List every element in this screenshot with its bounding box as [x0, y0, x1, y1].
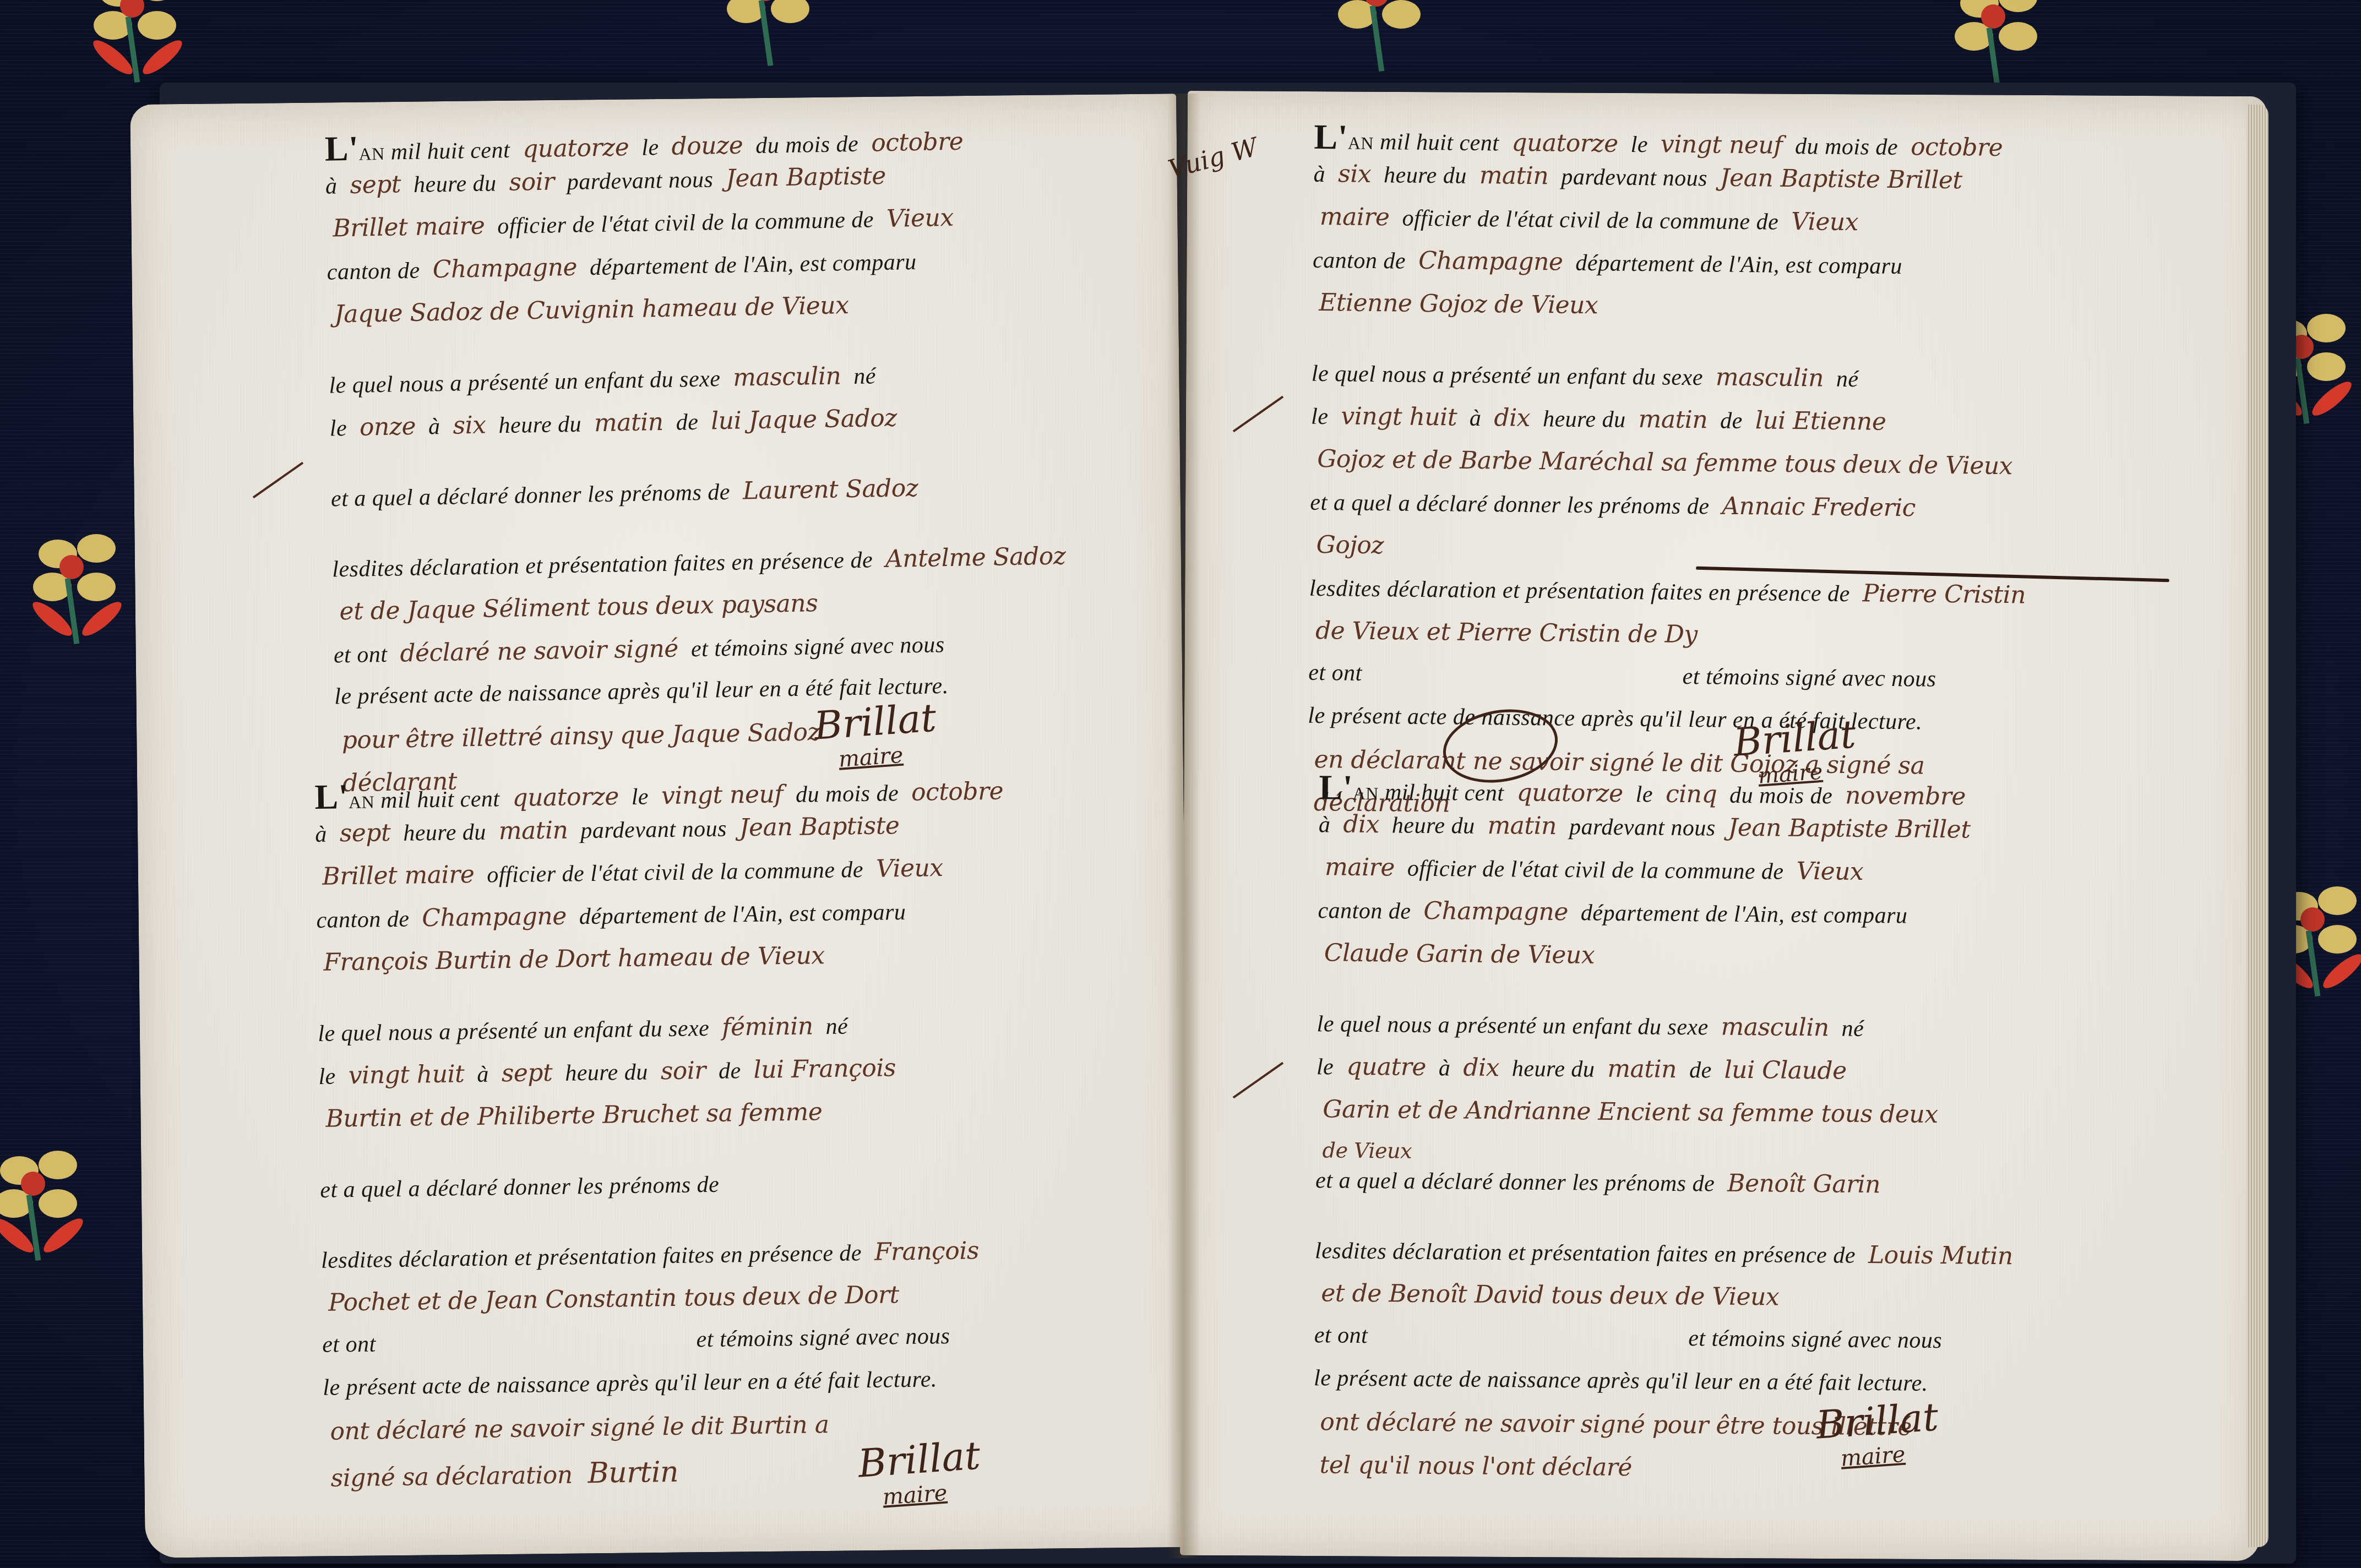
handwritten-parents: lui François — [747, 1054, 902, 1084]
printed-text: le — [1630, 132, 1648, 157]
printed-text: lesdites déclaration et présentation fai… — [321, 1240, 862, 1273]
printed-text: le quel — [1312, 361, 1376, 387]
printed-text: heure du — [1384, 162, 1467, 189]
handwritten-birth-period: matin — [587, 408, 670, 438]
birth-act-left-1: L'AN mil huit cent quatorze le douze du … — [324, 113, 1195, 812]
printed-text: à — [1319, 812, 1331, 837]
handwritten-given-names — [719, 1169, 733, 1197]
printed-text: né — [1841, 1016, 1864, 1042]
printed-text: né — [1836, 367, 1859, 392]
printed-text: lesdites déclaration et présentation fai… — [1315, 1238, 1856, 1268]
handwritten-birth-day: vingt huit — [341, 1060, 471, 1090]
printed-text: AN — [349, 792, 375, 812]
handwritten-parents: lui Claude — [1717, 1056, 1853, 1085]
handwritten-officer: Brillet maire — [315, 861, 481, 891]
printed-text: et témoins signé avec nous — [690, 632, 945, 662]
embroidered-flower-decoration — [0, 1134, 99, 1277]
printed-text: département de l'Ain, est comparu — [1581, 900, 1908, 928]
printed-text: et ont — [1308, 660, 1362, 686]
handwritten-witnesses: Louis Mutin — [1862, 1241, 2020, 1270]
handwritten-hour: sept — [333, 819, 397, 848]
printed-text: a déclaré donner les prénoms de — [1403, 1169, 1715, 1197]
printed-text: canton de — [316, 907, 410, 933]
handwritten-birth-hour: dix — [1456, 1053, 1506, 1082]
handwritten-sex: féminin — [715, 1012, 820, 1042]
handwritten-witnesses: de Vieux et Pierre Cristin de Dy — [1309, 617, 1704, 649]
printed-text: heure du — [1543, 406, 1626, 433]
printed-text: lesdites déclaration et présentation fai… — [1309, 576, 1850, 607]
printed-text: le — [1311, 404, 1329, 429]
handwritten-birth-hour: sept — [494, 1059, 559, 1088]
handwritten-given-names: Gojoz — [1309, 531, 1390, 560]
handwritten-year: quatorze — [505, 782, 625, 812]
handwritten-canton: Champagne — [426, 253, 584, 284]
embroidered-flower-decoration — [17, 518, 138, 661]
handwritten-canton: Champagne — [1417, 897, 1575, 926]
printed-text: de — [1689, 1058, 1712, 1083]
mayor-signature: Brillat maire — [1815, 1394, 1941, 1473]
printed-text: AN — [1348, 133, 1374, 153]
signature-name: Brillat — [813, 695, 938, 748]
handwritten-officer: maire — [1318, 853, 1401, 881]
birth-act-right-2: L'AN mil huit cent quatorze le cinq du m… — [1313, 767, 2178, 1501]
printed-text: canton de — [1318, 898, 1411, 924]
handwritten-day: vingt neuf — [1654, 130, 1789, 160]
handwritten-officer: Jean Baptiste — [733, 812, 906, 842]
printed-text: heure du — [565, 1060, 648, 1086]
printed-text: et témoins signé avec nous — [1682, 664, 1936, 692]
handwritten-day: cinq — [1659, 780, 1724, 809]
handwritten-day: douze — [665, 131, 750, 161]
printed-text: du mois de — [1729, 783, 1832, 809]
printed-text: et a quel — [331, 485, 414, 512]
handwritten-birth-period: soir — [654, 1057, 712, 1085]
printed-text: officier de l'état civil de la commune d… — [1402, 206, 1778, 235]
printed-text: à — [1439, 1055, 1451, 1081]
handwritten-parents: de Vieux — [1316, 1138, 1419, 1163]
handwritten-given-names: Annaic Frederic — [1715, 492, 1922, 522]
printed-text: heure du — [1512, 1056, 1595, 1082]
printed-text: mil huit cent — [1380, 129, 1499, 156]
handwritten-month: novembre — [1838, 781, 1972, 810]
handwritten-birth-period: matin — [1601, 1055, 1683, 1084]
printed-text: lesdites déclaration et présentation fai… — [332, 547, 873, 582]
handwritten-birth-day: quatre — [1340, 1053, 1433, 1081]
printed-text: et ont — [1314, 1322, 1368, 1348]
printed-text: nous a présenté un enfant du sexe — [1381, 362, 1703, 390]
printed-text: et ont — [322, 1331, 376, 1357]
printed-text: le quel — [1317, 1011, 1381, 1037]
handwritten-officer: Jean Baptiste Brillet — [1713, 164, 1969, 194]
handwritten-period: matin — [1481, 812, 1563, 840]
printed-text: heure du — [403, 820, 486, 846]
printed-text: officier de l'état civil de la commune d… — [497, 207, 874, 239]
printed-text: département de l'Ain, est comparu — [590, 249, 917, 280]
printed-initial: L' — [314, 777, 349, 816]
handwritten-canton: Champagne — [415, 902, 573, 932]
printed-text: officier de l'état civil de la commune d… — [1407, 856, 1784, 885]
mayor-signature: Brillat maire — [857, 1433, 983, 1511]
handwritten-sex: masculin — [726, 362, 848, 392]
handwritten-hour: sept — [343, 170, 407, 199]
handwritten-note: déclaré ne savoir signé — [393, 634, 685, 667]
handwritten-sex: masculin — [1714, 1013, 1835, 1042]
printed-text: pardevant nous — [1569, 814, 1716, 841]
handwritten-birth-day: onze — [353, 412, 423, 442]
printed-text: pardevant nous — [567, 167, 713, 195]
printed-initial: L' — [324, 129, 359, 168]
handwritten-period: soir — [502, 167, 561, 197]
printed-text: le quel — [318, 1020, 382, 1047]
printed-text: le — [1316, 1054, 1334, 1080]
printed-text: de — [1720, 409, 1743, 434]
handwritten-declarant: Claude Garin de Vieux — [1318, 939, 1602, 969]
printed-text: de — [676, 410, 698, 435]
printed-text: mil huit cent — [1385, 780, 1504, 806]
printed-text: a déclaré donner les prénoms de — [419, 480, 731, 510]
handwritten-birth-hour: six — [446, 411, 493, 439]
handwritten-witnesses: et de Benoît David tous deux de Vieux — [1314, 1279, 1786, 1311]
handwritten-declarant: Etienne Gojoz de Vieux — [1312, 288, 1605, 320]
printed-initial: L' — [1314, 117, 1348, 157]
handwritten-officer: Brillet maire — [326, 211, 492, 242]
handwritten-commune: Vieux — [1785, 208, 1865, 237]
handwritten-birth-hour: dix — [1487, 404, 1537, 432]
embroidered-flower-decoration — [1321, 0, 1443, 88]
handwritten-sex: masculin — [1709, 363, 1831, 392]
handwritten-birth-period: matin — [1631, 405, 1714, 434]
printed-text: nous a présenté un enfant du sexe — [1387, 1012, 1709, 1040]
handwritten-parents: Garin et de Andrianne Encient sa femme t… — [1316, 1095, 1945, 1129]
printed-text: à — [1470, 406, 1482, 431]
printed-text: à — [1313, 162, 1325, 187]
handwritten-parents: lui Jaque Sadoz — [704, 404, 904, 435]
witness-signature: Burtin — [581, 1456, 685, 1490]
handwritten-witnesses: François — [868, 1237, 986, 1266]
signature-name: Brillat — [857, 1433, 982, 1486]
printed-text: le présent acte de naissance après qu'il… — [1314, 1365, 1928, 1396]
printed-text: mil huit cent — [380, 786, 500, 813]
printed-text: né — [853, 363, 876, 389]
signature-name: Brillat — [1815, 1394, 1940, 1447]
handwritten-month: octobre — [864, 127, 970, 157]
birth-act-left-2: L'AN mil huit cent quatorze le vingt neu… — [314, 765, 1183, 1504]
page-edges — [2246, 105, 2268, 1547]
handwritten-commune: Vieux — [869, 854, 950, 883]
handwritten-parents: lui Etienne — [1749, 406, 1893, 436]
printed-text: du mois de — [796, 781, 899, 808]
printed-text: et a quel — [320, 1177, 402, 1203]
handwritten-period: matin — [1473, 161, 1555, 190]
mayor-signature: Brillat maire — [813, 695, 939, 774]
printed-text: et ont — [334, 642, 388, 668]
printed-text: canton de — [1313, 248, 1406, 274]
printed-text: nous a présenté un enfant du sexe — [399, 366, 721, 397]
handwritten-commune: Vieux — [880, 204, 961, 233]
handwritten-witnesses: Antelme Sadoz — [879, 542, 1073, 573]
printed-text: né — [825, 1014, 848, 1039]
handwritten-witnesses: Pierre Cristin — [1856, 579, 2032, 609]
printed-text: mil huit cent — [390, 138, 510, 165]
printed-text: à — [315, 822, 327, 847]
handwritten-given-names: Laurent Sadoz — [736, 474, 924, 505]
handwritten-closing-note: tel qu'il nous l'ont déclaré — [1313, 1451, 1639, 1482]
handwritten-year: quatorze — [516, 133, 636, 164]
signature-name: Brillat — [1732, 711, 1857, 765]
printed-text: nous a présenté un enfant du sexe — [388, 1016, 710, 1046]
printed-text: à — [477, 1062, 489, 1087]
printed-text: et a quel — [1310, 490, 1392, 516]
printed-text: officier de l'état civil de la commune d… — [487, 857, 863, 888]
handwritten-hour: dix — [1336, 810, 1386, 839]
printed-text: AN — [1353, 783, 1379, 803]
printed-text: département de l'Ain, est comparu — [1575, 251, 1902, 279]
handwritten-officer: maire — [1313, 203, 1396, 232]
printed-text: le — [1636, 782, 1653, 807]
handwritten-hour: six — [1331, 160, 1378, 188]
printed-text: de — [719, 1058, 741, 1084]
handwritten-year: quatorze — [1510, 778, 1630, 808]
printed-text: le — [318, 1064, 336, 1089]
handwritten-officer: Jean Baptiste — [719, 162, 893, 193]
printed-text: a déclaré donner les prénoms de — [408, 1172, 719, 1202]
handwritten-canton: Champagne — [1412, 247, 1570, 276]
printed-text: AN — [358, 144, 385, 164]
printed-text: a déclaré donner les prénoms de — [1398, 491, 1709, 520]
handwritten-commune: Vieux — [1789, 857, 1870, 886]
printed-text: du mois de — [1795, 134, 1898, 160]
printed-text: pardevant nous — [1561, 165, 1707, 192]
printed-initial: L' — [1319, 767, 1353, 807]
printed-text: à — [325, 173, 338, 199]
handwritten-year: quatorze — [1505, 129, 1625, 158]
printed-text: et a quel — [1315, 1168, 1398, 1194]
printed-text: le — [641, 135, 659, 161]
handwritten-month: octobre — [1904, 133, 2010, 162]
printed-text: heure du — [1392, 813, 1475, 839]
printed-text: canton de — [327, 258, 420, 285]
handwritten-day: vingt neuf — [655, 780, 790, 810]
printed-text: le — [329, 416, 347, 442]
printed-text: à — [428, 414, 440, 439]
embroidered-flower-decoration — [710, 0, 831, 83]
handwritten-period: matin — [492, 816, 574, 845]
printed-text: heure du — [414, 171, 497, 198]
printed-text: le — [631, 784, 649, 809]
printed-text: département de l'Ain, est comparu — [579, 900, 906, 929]
handwritten-officer: Jean Baptiste Brillet — [1721, 814, 1977, 844]
handwritten-closing-note: signé sa déclaration — [324, 1461, 579, 1492]
handwritten-month: octobre — [905, 777, 1010, 807]
printed-text: pardevant nous — [580, 816, 727, 844]
handwritten-birth-day: vingt huit — [1334, 402, 1464, 431]
printed-text: le quel — [329, 372, 393, 399]
printed-text: et témoins signé avec nous — [696, 1324, 950, 1352]
printed-text: et témoins signé avec nous — [1688, 1326, 1942, 1353]
handwritten-given-names: Benoît Garin — [1721, 1169, 1887, 1199]
printed-text: du mois de — [755, 132, 859, 159]
printed-text: heure du — [498, 412, 581, 439]
